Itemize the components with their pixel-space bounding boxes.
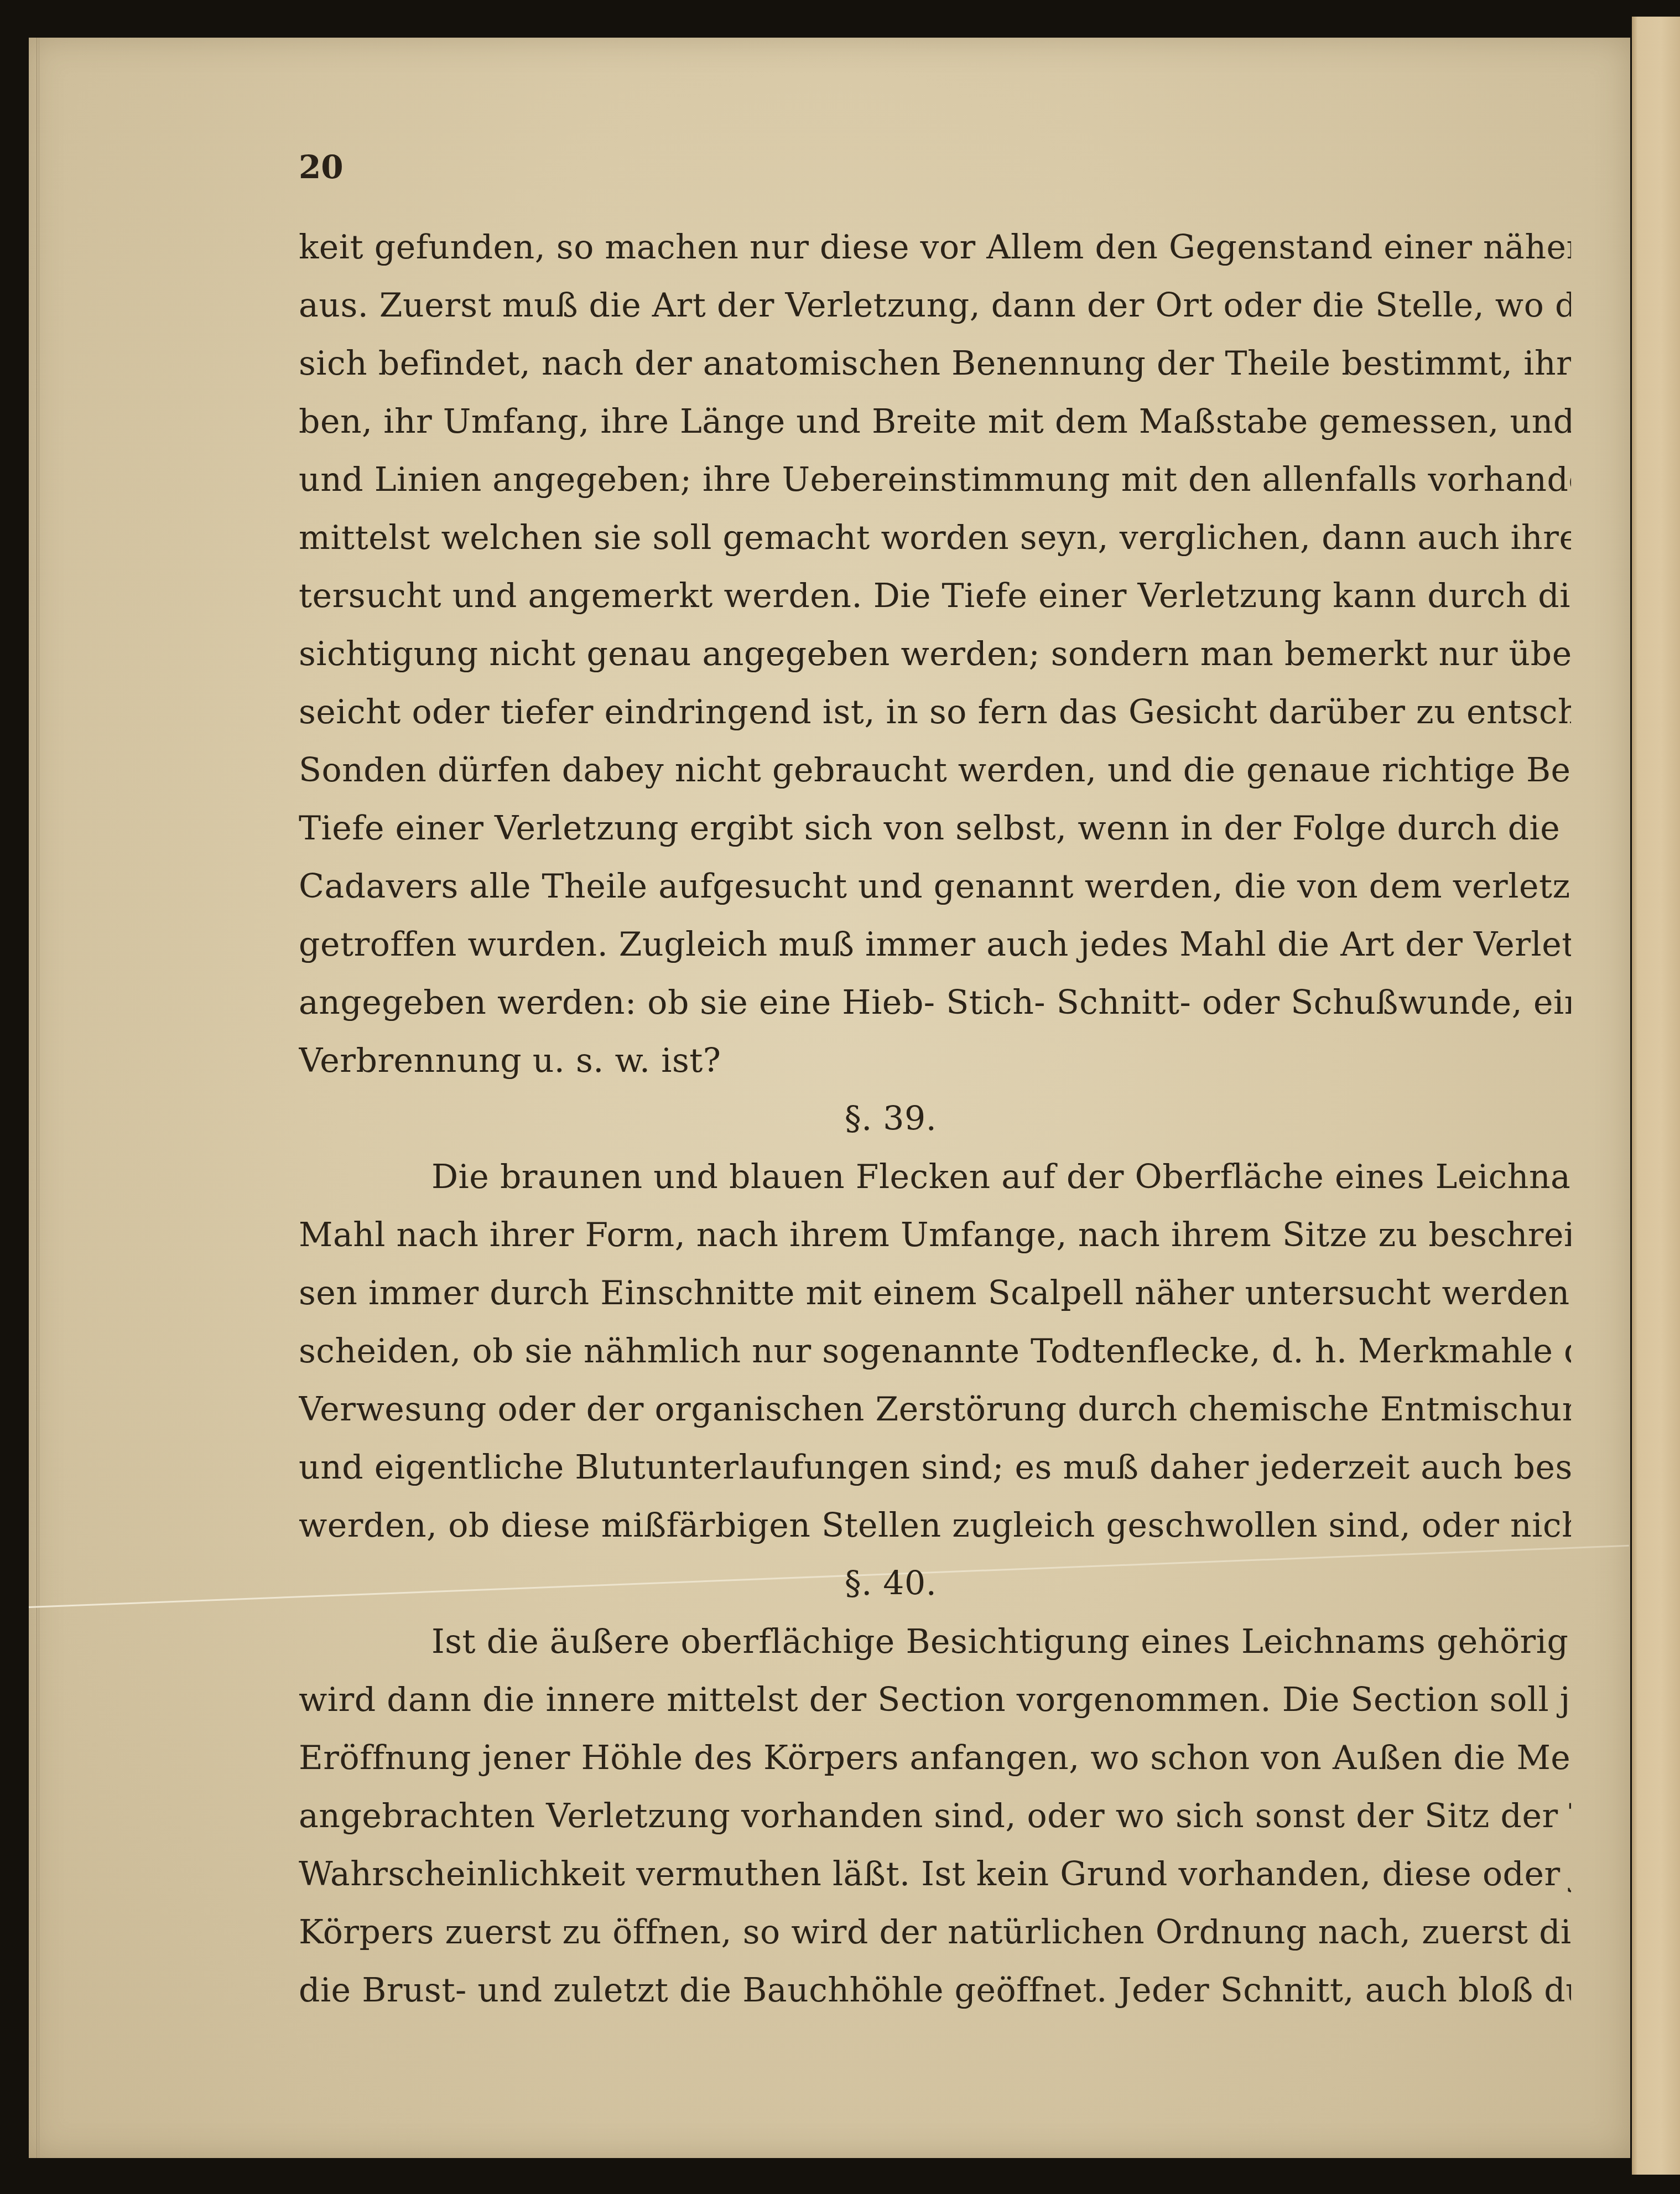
text-line: Wahrscheinlichkeit vermuthen läßt. Ist k…: [299, 1845, 1571, 1903]
text-line: tersucht und angemerkt werden. Die Tiefe…: [299, 567, 1571, 625]
text-line: mittelst welchen sie soll gemacht worden…: [299, 509, 1571, 567]
text-line: wird dann die innere mittelst der Sectio…: [299, 1671, 1571, 1729]
section-40-paragraph: Ist die äußere oberflächige Besichtigung…: [299, 1613, 1571, 2020]
text-line: werden, ob diese mißfärbigen Stellen zug…: [299, 1497, 1571, 1555]
text-line: aus. Zuerst muß die Art der Verletzung, …: [299, 277, 1571, 335]
text-line: Körpers zuerst zu öffnen, so wird der na…: [299, 1903, 1571, 1962]
body-text: keit gefunden, so machen nur diese vor A…: [299, 219, 1571, 2020]
text-line: Mahl nach ihrer Form, nach ihrem Umfange…: [299, 1206, 1571, 1264]
text-line: keit gefunden, so machen nur diese vor A…: [299, 219, 1571, 277]
text-line: sich befindet, nach der anatomischen Ben…: [299, 335, 1571, 393]
paragraph-continued: keit gefunden, so machen nur diese vor A…: [299, 219, 1571, 1090]
text-line: getroffen wurden. Zugleich muß immer auc…: [299, 916, 1571, 974]
text-line: angebrachten Verletzung vorhanden sind, …: [299, 1787, 1571, 1845]
text-line: angegeben werden: ob sie eine Hieb- Stic…: [299, 974, 1571, 1032]
text-line: Verwesung oder der organischen Zerstörun…: [299, 1381, 1571, 1439]
adjacent-page-edge: [1632, 17, 1680, 2175]
section-heading-39: §. 39.: [299, 1090, 1571, 1148]
text-line: ben, ihr Umfang, ihre Länge und Breite m…: [299, 393, 1571, 451]
text-line: Die braunen und blauen Flecken auf der O…: [299, 1148, 1571, 1206]
text-line: die Brust- und zuletzt die Bauchhöhle ge…: [299, 1962, 1571, 2020]
text-line: sichtigung nicht genau angegeben werden;…: [299, 625, 1571, 683]
text-line: seicht oder tiefer eindringend ist, in s…: [299, 683, 1571, 741]
text-line: sen immer durch Einschnitte mit einem Sc…: [299, 1264, 1571, 1322]
page-gutter-line: [37, 38, 39, 2158]
page-number: 20: [299, 148, 344, 186]
section-heading-40: §. 40.: [299, 1555, 1571, 1613]
text-line: Eröffnung jener Höhle des Körpers anfang…: [299, 1729, 1571, 1787]
section-39-paragraph: Die braunen und blauen Flecken auf der O…: [299, 1148, 1571, 1555]
text-line: Sonden dürfen dabey nicht gebraucht werd…: [299, 741, 1571, 800]
text-line: scheiden, ob sie nähmlich nur sogenannte…: [299, 1322, 1571, 1381]
text-line: Cadavers alle Theile aufgesucht und gena…: [299, 858, 1571, 916]
text-line: Verbrennung u. s. w. ist?: [299, 1032, 1571, 1090]
text-line: und Linien angegeben; ihre Uebereinstimm…: [299, 451, 1571, 509]
text-line: Tiefe einer Verletzung ergibt sich von s…: [299, 800, 1571, 858]
text-line: Ist die äußere oberflächige Besichtigung…: [299, 1613, 1571, 1671]
text-line: und eigentliche Blutunterlaufungen sind;…: [299, 1439, 1571, 1497]
